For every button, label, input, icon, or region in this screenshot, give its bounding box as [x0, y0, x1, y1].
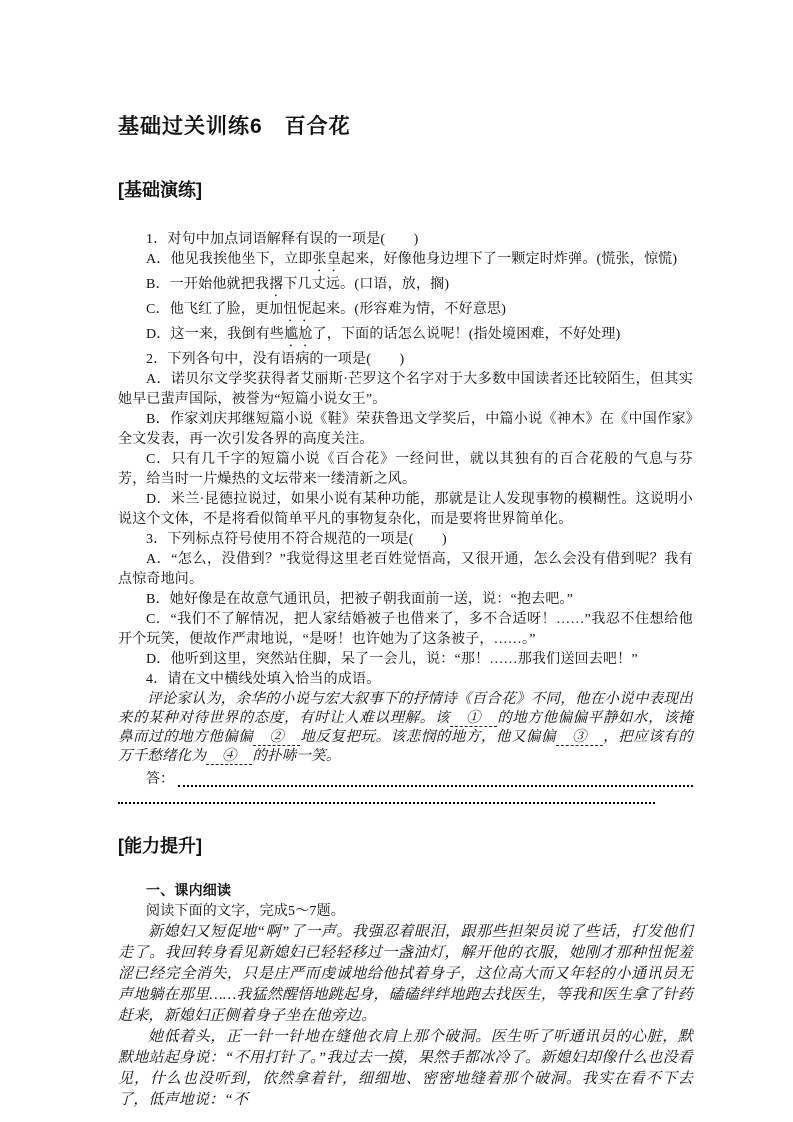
text-segment: C．他飞红了脸，更加: [146, 302, 283, 317]
reading-section: 一、课内细读 阅读下面的文字，完成5～7题。 新媳妇又短促地“啊”了一声。我强忍…: [118, 882, 693, 1111]
q1-option-c: C．他飞红了脸，更加忸怩起来。(形容难为情，不好意思): [118, 300, 693, 325]
emphasis-dotted-word: 尴尬: [284, 327, 312, 342]
passage-paragraph-1: 新媳妇又短促地“啊”了一声。我强忍着眼泪，跟那些担架员说了些话，打发他们走了。我…: [118, 922, 693, 1027]
answer-row: 答：: [118, 770, 693, 790]
q1-stem: 1．对句中加点词语解释有误的一项是( ): [118, 230, 693, 250]
text-segment: 下几丈远。(口语，放，搁): [283, 277, 449, 292]
q4-stem: 4．请在文中横线处填入恰当的成语。: [118, 670, 693, 690]
emphasis-dotted-word: 撂: [269, 277, 283, 292]
q2-option-c: C．只有几千字的短篇小说《百合花》一经问世，就以其独有的百合花般的气息与芬芳，给…: [118, 450, 693, 490]
q3-stem: 3．下列标点符号使用不符合规范的一项是( ): [118, 530, 693, 550]
q1-option-a: A．他见我挨他坐下，立即张皇起来，好像他身边埋下了一颗定时炸弹。(慌张，惊慌): [118, 250, 693, 275]
question-2: 2．下列各句中，没有语病的一项是( ) A．诺贝尔文学奖获得者艾丽斯·芒罗这个名…: [118, 350, 693, 530]
q4-commentary: 评论家认为，余华的小说与宏大叙事下的抒情诗《百合花》不同，他在小说中表现出来的某…: [118, 690, 693, 766]
emphasis-dotted-word: 张皇: [313, 252, 341, 267]
answer-row-2: [118, 802, 693, 804]
question-4: 4．请在文中横线处填入恰当的成语。 评论家认为，余华的小说与宏大叙事下的抒情诗《…: [118, 670, 693, 804]
part-heading: 一、课内细读: [118, 882, 693, 902]
section-header-basic-drill: [基础演练]: [118, 176, 693, 202]
worksheet-page: 基础过关训练6 百合花 [基础演练] 1．对句中加点词语解释有误的一项是( ) …: [0, 0, 793, 1122]
text-segment: 了，下面的话怎么说呢！(指处境困难，不好处理): [313, 327, 621, 342]
question-3: 3．下列标点符号使用不符合规范的一项是( ) A．“怎么，没借到？”我觉得这里老…: [118, 530, 693, 670]
answer-label: 答：: [146, 770, 174, 790]
q3-option-b: B．她好像是在故意气通讯员，把被子朝我面前一送，说：“抱去吧。”: [118, 590, 693, 610]
text-segment: D．这一来，我倒有些: [146, 327, 284, 342]
answer-dotted-line-1: [178, 773, 693, 787]
q2-option-b: B．作家刘庆邦继短篇小说《鞋》荣获鲁迅文学奖后，中篇小说《神木》在《中国作家》全…: [118, 410, 693, 450]
fill-blank-3: ③: [556, 729, 603, 746]
q1-option-b: B．一开始他就把我撂下几丈远。(口语，放，搁): [118, 275, 693, 300]
emphasis-dotted-word: 忸怩: [283, 302, 311, 317]
q3-option-c: C．“我们不了解情况，把人家结婚被子也借来了，多不合适呀！……”我忍不住想给他开…: [118, 610, 693, 650]
passage-paragraph-2: 她低着头，正一针一针地在缝他衣肩上那个破洞。医生听了听通讯员的心脏，默默地站起身…: [118, 1027, 693, 1111]
fill-blank-4: ④: [206, 748, 252, 765]
q3-option-d: D．他听到这里，突然站住脚，呆了一会儿，说：“那！……那我们送回去吧！”: [118, 650, 693, 670]
text-segment: 地反复把玩。该悲悯的地方，他又偏偏: [300, 729, 556, 745]
fill-blank-1: ①: [450, 710, 497, 727]
text-segment: 起来，好像他身边埋下了一颗定时炸弹。(慌张，惊慌): [341, 252, 677, 267]
text-segment: A．他见我挨他坐下，立即: [146, 252, 313, 267]
q2-option-d: D．米兰·昆德拉说过，如果小说有某种功能，那就是让人发现事物的模糊性。这说明小说…: [118, 490, 693, 530]
fill-blank-2: ②: [253, 729, 300, 746]
q3-option-a: A．“怎么，没借到？”我觉得这里老百姓觉悟高，又很开通，怎么会没有借到呢？我有点…: [118, 550, 693, 590]
section-header-ability: [能力提升]: [118, 832, 693, 858]
q2-stem: 2．下列各句中，没有语病的一项是( ): [118, 350, 693, 370]
text-segment: 起来。(形容难为情，不好意思): [312, 302, 506, 317]
text-segment: 的扑哧一笑。: [252, 748, 340, 764]
question-1: 1．对句中加点词语解释有误的一项是( ) A．他见我挨他坐下，立即张皇起来，好像…: [118, 230, 693, 350]
answer-dotted-line-2: [118, 802, 655, 804]
doc-title: 基础过关训练6 百合花: [118, 110, 693, 140]
text-segment: B．一开始他就把我: [146, 277, 269, 292]
q2-option-a: A．诺贝尔文学奖获得者艾丽斯·芒罗这个名字对于大多数中国读者还比较陌生，但其实她…: [118, 370, 693, 410]
q1-option-d: D．这一来，我倒有些尴尬了，下面的话怎么说呢！(指处境困难，不好处理): [118, 325, 693, 350]
reading-instruction: 阅读下面的文字，完成5～7题。: [118, 902, 693, 922]
